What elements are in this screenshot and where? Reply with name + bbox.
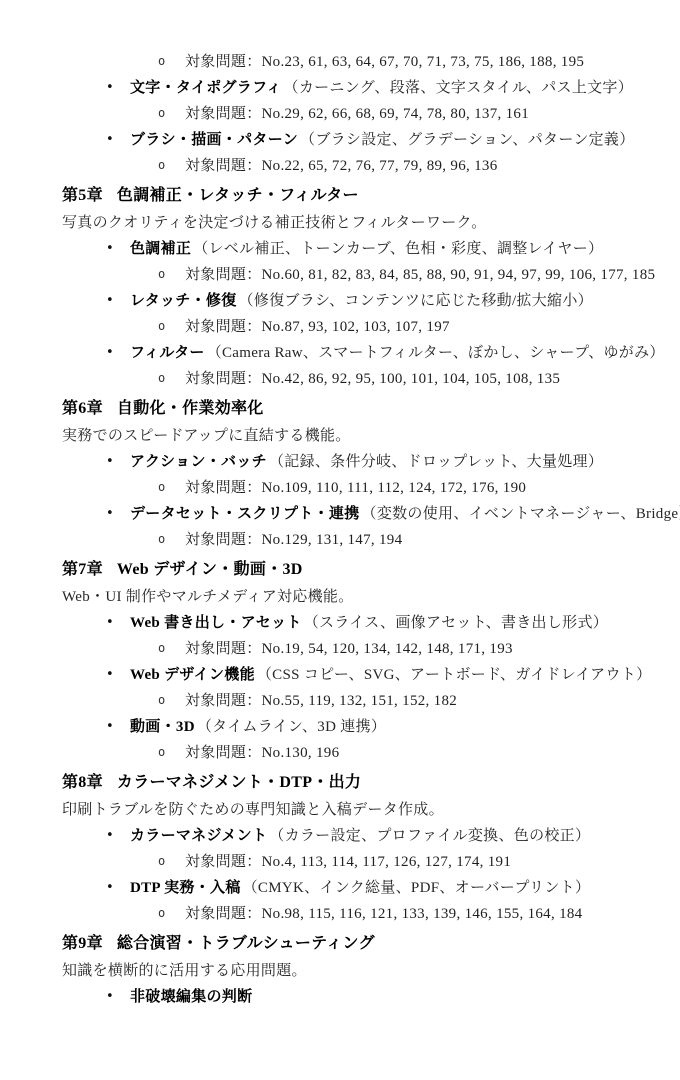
- topic-detail: （記録、条件分岐、ドロップレット、大量処理）: [269, 454, 603, 470]
- topic-title: 文字・タイポグラフィ: [130, 80, 282, 96]
- problem-numbers-item: o 対象問題：No.109, 110, 111, 112, 124, 172, …: [0, 475, 680, 501]
- topic-detail: （修復ブラシ、コンテンツに応じた移動/拡大縮小）: [239, 293, 593, 309]
- chapter-description: 写真のクオリティを決定づける補正技術とフィルターワーク。: [0, 210, 680, 236]
- topic-detail: （変数の使用、イベントマネージャー、Bridge）: [362, 506, 680, 522]
- problems-label: 対象問題：: [185, 480, 262, 496]
- chapter-number: 第5章: [62, 187, 103, 204]
- problems-numbers: No.42, 86, 92, 95, 100, 101, 104, 105, 1…: [262, 371, 561, 387]
- topic-title: フィルター: [130, 345, 205, 361]
- chapter-description: 印刷トラブルを防ぐための専門知識と入稿データ作成。: [0, 797, 680, 823]
- chapter-heading: 第7章Web デザイン・動画・3D: [0, 557, 680, 583]
- circle-bullet-icon: o: [158, 365, 166, 391]
- bullet-icon: •: [106, 340, 114, 366]
- chapter-title: カラーマネジメント・DTP・出力: [117, 774, 361, 791]
- bullet-icon: •: [106, 875, 114, 901]
- problem-numbers-item: o 対象問題：No.19, 54, 120, 134, 142, 148, 17…: [0, 636, 680, 662]
- problem-numbers-item: o 対象問題：No.55, 119, 132, 151, 152, 182: [0, 688, 680, 714]
- problems-numbers: No.109, 110, 111, 112, 124, 172, 176, 19…: [262, 480, 527, 496]
- problems-numbers: No.60, 81, 82, 83, 84, 85, 88, 90, 91, 9…: [262, 267, 656, 283]
- bullet-icon: •: [106, 75, 114, 101]
- problems-label: 対象問題：: [185, 532, 262, 548]
- chapter-description: Web・UI 制作やマルチメディア対応機能。: [0, 584, 680, 610]
- problems-numbers: No.98, 115, 116, 121, 133, 139, 146, 155…: [262, 906, 583, 922]
- topic-item: • レタッチ・修復（修復ブラシ、コンテンツに応じた移動/拡大縮小）: [0, 288, 680, 314]
- problem-numbers-item: o 対象問題：No.23, 61, 63, 64, 67, 70, 71, 73…: [0, 49, 680, 75]
- topic-item: • データセット・スクリプト・連携（変数の使用、イベントマネージャー、Bridg…: [0, 501, 680, 527]
- topic-item: • DTP 実務・入稿（CMYK、インク総量、PDF、オーバープリント）: [0, 875, 680, 901]
- topic-title: Web 書き出し・アセット: [130, 615, 302, 631]
- topic-item: • フィルター（Camera Raw、スマートフィルター、ぼかし、シャープ、ゆが…: [0, 340, 680, 366]
- topic-item: • 文字・タイポグラフィ（カーニング、段落、文字スタイル、パス上文字）: [0, 75, 680, 101]
- problem-numbers-item: o 対象問題：No.87, 93, 102, 103, 107, 197: [0, 314, 680, 340]
- problem-numbers-item: o 対象問題：No.98, 115, 116, 121, 133, 139, 1…: [0, 901, 680, 927]
- problems-label: 対象問題：: [185, 693, 262, 709]
- bullet-icon: •: [106, 610, 114, 636]
- circle-bullet-icon: o: [158, 474, 166, 500]
- problems-label: 対象問題：: [185, 267, 262, 283]
- problem-numbers-item: o 対象問題：No.130, 196: [0, 740, 680, 766]
- bullet-icon: •: [106, 236, 114, 262]
- bullet-icon: •: [106, 662, 114, 688]
- topic-item: • ブラシ・描画・パターン（ブラシ設定、グラデーション、パターン定義）: [0, 127, 680, 153]
- circle-bullet-icon: o: [158, 152, 166, 178]
- circle-bullet-icon: o: [158, 687, 166, 713]
- circle-bullet-icon: o: [158, 900, 166, 926]
- bullet-icon: •: [106, 823, 114, 849]
- chapter-title: 自動化・作業効率化: [117, 400, 264, 417]
- problems-label: 対象問題：: [185, 745, 262, 761]
- topic-title: ブラシ・描画・パターン: [130, 132, 298, 148]
- problems-numbers: No.130, 196: [262, 745, 340, 761]
- document-page: o 対象問題：No.23, 61, 63, 64, 67, 70, 71, 73…: [0, 0, 680, 1010]
- topic-detail: （カラー設定、プロファイル変換、色の校正）: [269, 828, 590, 844]
- topic-title: 色調補正: [130, 241, 191, 257]
- problem-numbers-item: o 対象問題：No.60, 81, 82, 83, 84, 85, 88, 90…: [0, 262, 680, 288]
- topic-item: • アクション・バッチ（記録、条件分岐、ドロップレット、大量処理）: [0, 449, 680, 475]
- circle-bullet-icon: o: [158, 635, 166, 661]
- problem-numbers-item: o 対象問題：No.22, 65, 72, 76, 77, 79, 89, 96…: [0, 153, 680, 179]
- chapter-heading: 第5章色調補正・レタッチ・フィルター: [0, 183, 680, 209]
- chapter-number: 第8章: [62, 774, 103, 791]
- topic-item: • 色調補正（レベル補正、トーンカーブ、色相・彩度、調整レイヤー）: [0, 236, 680, 262]
- bullet-icon: •: [106, 449, 114, 475]
- problems-label: 対象問題：: [185, 158, 262, 174]
- circle-bullet-icon: o: [158, 739, 166, 765]
- problems-label: 対象問題：: [185, 319, 262, 335]
- topic-title: レタッチ・修復: [130, 293, 237, 309]
- topic-item: • 非破壊編集の判断: [0, 984, 680, 1010]
- chapter-title: Web デザイン・動画・3D: [117, 561, 303, 578]
- problems-numbers: No.129, 131, 147, 194: [262, 532, 403, 548]
- chapter-title: 総合演習・トラブルシューティング: [117, 935, 375, 952]
- chapter-title: 色調補正・レタッチ・フィルター: [117, 187, 359, 204]
- topic-title: 動画・3D: [130, 719, 195, 735]
- chapter-number: 第7章: [62, 561, 103, 578]
- bullet-icon: •: [106, 984, 114, 1010]
- topic-detail: （カーニング、段落、文字スタイル、パス上文字）: [284, 80, 634, 96]
- bullet-icon: •: [106, 127, 114, 153]
- topic-title: DTP 実務・入稿: [130, 880, 241, 896]
- problem-numbers-item: o 対象問題：No.4, 113, 114, 117, 126, 127, 17…: [0, 849, 680, 875]
- problems-numbers: No.55, 119, 132, 151, 152, 182: [262, 693, 458, 709]
- circle-bullet-icon: o: [158, 313, 166, 339]
- chapter-heading: 第9章総合演習・トラブルシューティング: [0, 931, 680, 957]
- chapter-description: 知識を横断的に活用する応用問題。: [0, 958, 680, 984]
- circle-bullet-icon: o: [158, 48, 166, 74]
- chapter-number: 第6章: [62, 400, 103, 417]
- problems-label: 対象問題：: [185, 906, 262, 922]
- topic-item: • カラーマネジメント（カラー設定、プロファイル変換、色の校正）: [0, 823, 680, 849]
- topic-title: データセット・スクリプト・連携: [130, 506, 360, 522]
- topic-detail: （Camera Raw、スマートフィルター、ぼかし、シャープ、ゆがみ）: [207, 345, 665, 361]
- problem-numbers-item: o 対象問題：No.129, 131, 147, 194: [0, 527, 680, 553]
- bullet-icon: •: [106, 501, 114, 527]
- topic-detail: （レベル補正、トーンカーブ、色相・彩度、調整レイヤー）: [193, 241, 603, 257]
- topic-title: アクション・バッチ: [130, 454, 267, 470]
- chapter-number: 第9章: [62, 935, 103, 952]
- problems-numbers: No.4, 113, 114, 117, 126, 127, 174, 191: [262, 854, 512, 870]
- problems-numbers: No.22, 65, 72, 76, 77, 79, 89, 96, 136: [262, 158, 498, 174]
- problems-numbers: No.87, 93, 102, 103, 107, 197: [262, 319, 450, 335]
- circle-bullet-icon: o: [158, 100, 166, 126]
- topic-detail: （CSS コピー、SVG、アートボード、ガイドレイアウト）: [257, 667, 652, 683]
- chapter-heading: 第6章自動化・作業効率化: [0, 396, 680, 422]
- problem-numbers-item: o 対象問題：No.42, 86, 92, 95, 100, 101, 104,…: [0, 366, 680, 392]
- topic-title: カラーマネジメント: [130, 828, 267, 844]
- topic-detail: （ブラシ設定、グラデーション、パターン定義）: [300, 132, 635, 148]
- circle-bullet-icon: o: [158, 526, 166, 552]
- topic-detail: （タイムライン、3D 連携）: [197, 719, 386, 735]
- bullet-icon: •: [106, 288, 114, 314]
- topic-detail: （スライス、画像アセット、書き出し形式）: [304, 615, 608, 631]
- problems-numbers: No.23, 61, 63, 64, 67, 70, 71, 73, 75, 1…: [262, 54, 585, 70]
- problems-label: 対象問題：: [185, 54, 262, 70]
- problems-numbers: No.29, 62, 66, 68, 69, 74, 78, 80, 137, …: [262, 106, 529, 122]
- problems-label: 対象問題：: [185, 106, 262, 122]
- problems-label: 対象問題：: [185, 854, 262, 870]
- bullet-icon: •: [106, 714, 114, 740]
- topic-title: 非破壊編集の判断: [130, 989, 252, 1005]
- chapter-description: 実務でのスピードアップに直結する機能。: [0, 423, 680, 449]
- topic-detail: （CMYK、インク総量、PDF、オーバープリント）: [243, 880, 591, 896]
- chapter-heading: 第8章カラーマネジメント・DTP・出力: [0, 770, 680, 796]
- problems-label: 対象問題：: [185, 371, 262, 387]
- problem-numbers-item: o 対象問題：No.29, 62, 66, 68, 69, 74, 78, 80…: [0, 101, 680, 127]
- topic-item: • 動画・3D（タイムライン、3D 連携）: [0, 714, 680, 740]
- topic-title: Web デザイン機能: [130, 667, 255, 683]
- topic-item: • Web 書き出し・アセット（スライス、画像アセット、書き出し形式）: [0, 610, 680, 636]
- circle-bullet-icon: o: [158, 261, 166, 287]
- problems-numbers: No.19, 54, 120, 134, 142, 148, 171, 193: [262, 641, 513, 657]
- problems-label: 対象問題：: [185, 641, 262, 657]
- circle-bullet-icon: o: [158, 848, 166, 874]
- topic-item: • Web デザイン機能（CSS コピー、SVG、アートボード、ガイドレイアウト…: [0, 662, 680, 688]
